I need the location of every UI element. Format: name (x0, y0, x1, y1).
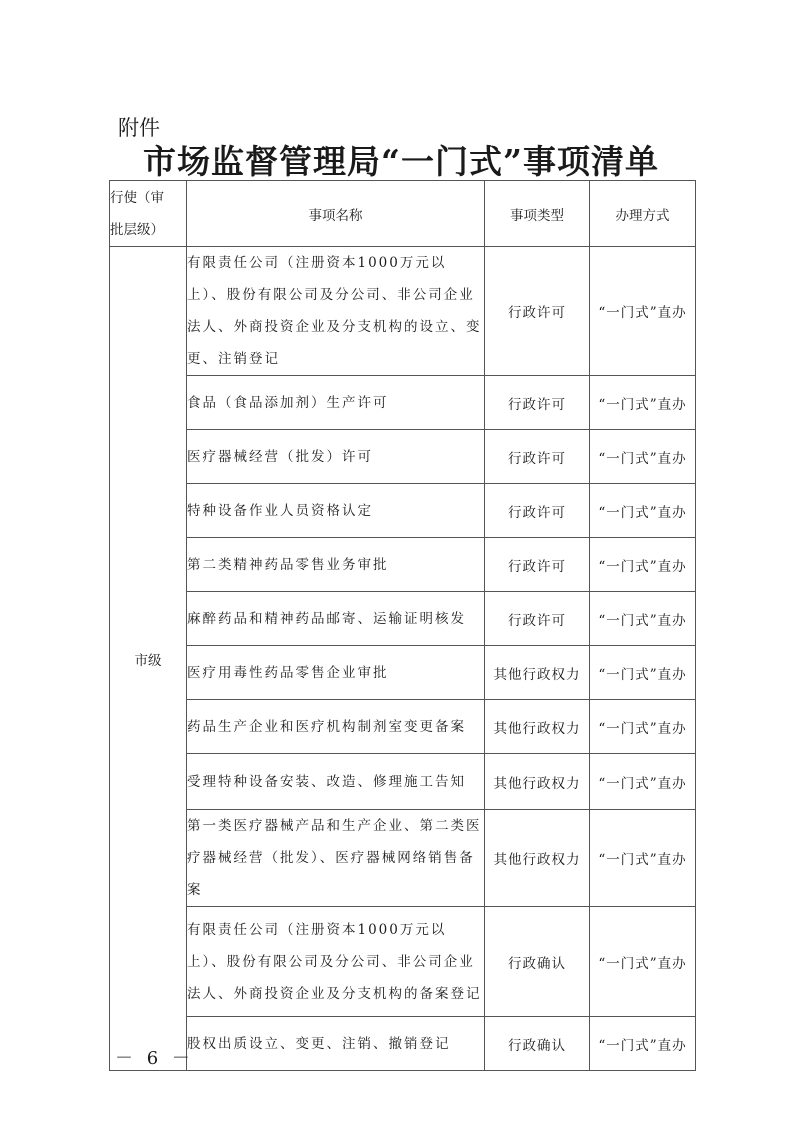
matter-type: 行政许可 (485, 430, 590, 484)
matter-mode: “一门式”直办 (590, 247, 696, 376)
header-level-line1: 行使（审 (110, 190, 164, 206)
table-row: 麻醉药品和精神药品邮寄、运输证明核发 行政许可 “一门式”直办 (110, 592, 696, 646)
matters-table: 行使（审 批层级） 事项名称 事项类型 办理方式 市级 有限责任公司（注册资本1… (109, 180, 696, 1071)
table-row: 受理特种设备安装、改造、修理施工告知 其他行政权力 “一门式”直办 (110, 754, 696, 810)
matter-type: 其他行政权力 (485, 646, 590, 700)
matter-type: 行政许可 (485, 376, 590, 430)
header-level-line2: 批层级） (110, 222, 164, 238)
matter-mode: “一门式”直办 (590, 700, 696, 754)
table-row: 第一类医疗器械产品和生产企业、第二类医疗器械经营（批发）、医疗器械网络销售备案 … (110, 810, 696, 907)
matter-mode: “一门式”直办 (590, 430, 696, 484)
matter-name: 食品（食品添加剂）生产许可 (187, 376, 485, 430)
matter-type: 其他行政权力 (485, 754, 590, 810)
matter-name: 药品生产企业和医疗机构制剂室变更备案 (187, 700, 485, 754)
matter-name: 股权出质设立、变更、注销、撤销登记 (187, 1017, 485, 1071)
level-cell: 市级 (110, 247, 187, 1071)
matter-mode: “一门式”直办 (590, 810, 696, 907)
matter-name: 有限责任公司（注册资本1000万元以上）、股份有限公司及分公司、非公司企业法人、… (187, 907, 485, 1017)
matter-type: 行政许可 (485, 247, 590, 376)
matter-type: 行政许可 (485, 592, 590, 646)
table-row: 第二类精神药品零售业务审批 行政许可 “一门式”直办 (110, 538, 696, 592)
table-header-row: 行使（审 批层级） 事项名称 事项类型 办理方式 (110, 181, 696, 247)
matter-type: 其他行政权力 (485, 700, 590, 754)
matter-name: 特种设备作业人员资格认定 (187, 484, 485, 538)
matter-name: 麻醉药品和精神药品邮寄、运输证明核发 (187, 592, 485, 646)
page-title: 市场监督管理局“一门式”事项清单 (0, 136, 792, 183)
header-type: 事项类型 (485, 181, 590, 247)
matter-name: 医疗用毒性药品零售企业审批 (187, 646, 485, 700)
table-row: 有限责任公司（注册资本1000万元以上）、股份有限公司及分公司、非公司企业法人、… (110, 907, 696, 1017)
matter-name: 有限责任公司（注册资本1000万元以上）、股份有限公司及分公司、非公司企业法人、… (187, 247, 485, 376)
matter-type: 行政确认 (485, 1017, 590, 1071)
table-row: 药品生产企业和医疗机构制剂室变更备案 其他行政权力 “一门式”直办 (110, 700, 696, 754)
matter-type: 行政许可 (485, 538, 590, 592)
matter-mode: “一门式”直办 (590, 646, 696, 700)
matter-mode: “一门式”直办 (590, 754, 696, 810)
matter-type: 其他行政权力 (485, 810, 590, 907)
matter-name: 第一类医疗器械产品和生产企业、第二类医疗器械经营（批发）、医疗器械网络销售备案 (187, 810, 485, 907)
matter-mode: “一门式”直办 (590, 538, 696, 592)
matter-mode: “一门式”直办 (590, 1017, 696, 1071)
table-row: 医疗用毒性药品零售企业审批 其他行政权力 “一门式”直办 (110, 646, 696, 700)
table-row: 市级 有限责任公司（注册资本1000万元以上）、股份有限公司及分公司、非公司企业… (110, 247, 696, 376)
matter-mode: “一门式”直办 (590, 907, 696, 1017)
matter-mode: “一门式”直办 (590, 376, 696, 430)
table-row: 医疗器械经营（批发）许可 行政许可 “一门式”直办 (110, 430, 696, 484)
table-row: 特种设备作业人员资格认定 行政许可 “一门式”直办 (110, 484, 696, 538)
matter-name: 受理特种设备安装、改造、修理施工告知 (187, 754, 485, 810)
matter-name: 第二类精神药品零售业务审批 (187, 538, 485, 592)
matter-mode: “一门式”直办 (590, 484, 696, 538)
matter-mode: “一门式”直办 (590, 592, 696, 646)
header-name: 事项名称 (187, 181, 485, 247)
page-number: － 6 － (115, 1044, 194, 1070)
matter-type: 行政确认 (485, 907, 590, 1017)
matter-name: 医疗器械经营（批发）许可 (187, 430, 485, 484)
matter-type: 行政许可 (485, 484, 590, 538)
header-level: 行使（审 批层级） (110, 181, 187, 247)
table-row: 股权出质设立、变更、注销、撤销登记 行政确认 “一门式”直办 (110, 1017, 696, 1071)
table-row: 食品（食品添加剂）生产许可 行政许可 “一门式”直办 (110, 376, 696, 430)
header-mode: 办理方式 (590, 181, 696, 247)
